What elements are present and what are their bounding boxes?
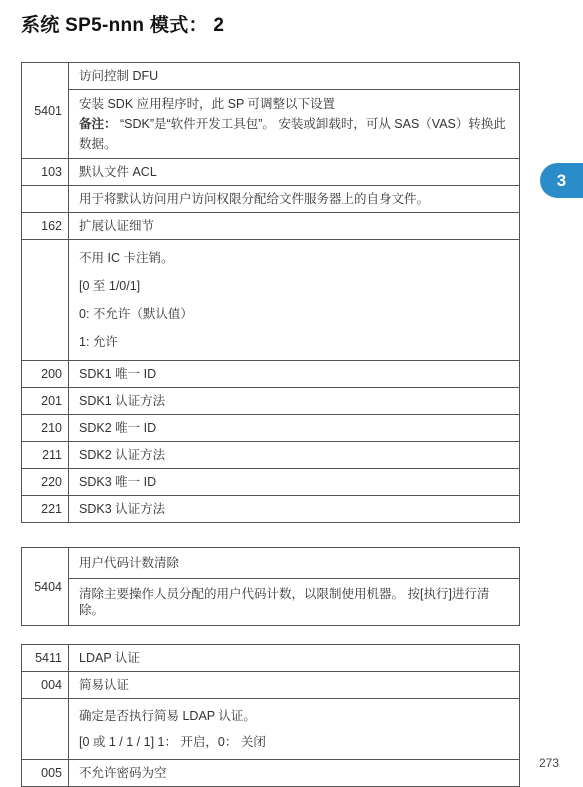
sp-code-cell: 103 [22,159,69,186]
desc-line: [0 至 1/0/1] [79,272,509,300]
sp-name-cell: 用户代码计数清除 [69,548,520,579]
section-tab-label: 3 [557,171,566,191]
table-row: 221 SDK3 认证方法 [22,496,520,523]
sp5401-table: 5401 访问控制 DFU 安装 SDK 应用程序时，此 SP 可调整以下设置 … [21,62,520,523]
sp-mode-tables: 5401 访问控制 DFU 安装 SDK 应用程序时，此 SP 可调整以下设置 … [21,62,520,787]
table-row: 103 默认文件 ACL [22,159,520,186]
sp-code-cell: 005 [22,760,69,787]
sp-desc-cell: 不用 IC 卡注销。 [0 至 1/0/1] 0: 不允许（默认值） 1: 允许 [69,240,520,361]
note-text: “SDK”是“软件开发工具包”。 安装或卸载时，可从 SAS（VAS）转换此数据… [79,117,506,151]
desc-line: 确定是否执行简易 LDAP 认证。 [79,703,509,729]
desc-line: 安装 SDK 应用程序时，此 SP 可调整以下设置 [79,94,509,114]
sp-code-cell: 162 [22,213,69,240]
table-row: 210 SDK2 唯一 ID [22,415,520,442]
sp-name-cell: 访问控制 DFU [69,63,520,90]
sp-name-cell: 不允许密码为空 [69,760,520,787]
page-number: 273 [539,756,559,770]
sp-code-cell [22,186,69,213]
table-gap [21,626,520,644]
desc-line: [0 或 1 / 1 / 1] 1： 开启，0： 关闭 [79,729,509,755]
sp-name-cell: SDK3 认证方法 [69,496,520,523]
page-title: 系统 SP5-nnn 模式： 2 [21,10,224,37]
sp-code-cell: 200 [22,361,69,388]
sp-code-cell: 211 [22,442,69,469]
sp-desc-cell: 清除主要操作人员分配的用户代码计数，以限制使用机器。 按[执行]进行清除。 [69,579,520,626]
sp-code-cell: 5404 [22,548,69,626]
table-row: 清除主要操作人员分配的用户代码计数，以限制使用机器。 按[执行]进行清除。 [22,579,520,626]
desc-note-line: 备注： “SDK”是“软件开发工具包”。 安装或卸载时，可从 SAS（VAS）转… [79,114,509,154]
sp-code-cell [22,240,69,361]
table-row: 162 扩展认证细节 [22,213,520,240]
sp-code-cell: 201 [22,388,69,415]
table-row: 安装 SDK 应用程序时，此 SP 可调整以下设置 备注： “SDK”是“软件开… [22,90,520,159]
table-row: 201 SDK1 认证方法 [22,388,520,415]
sp5411-table: 5411 LDAP 认证 004 简易认证 确定是否执行简易 LDAP 认证。 … [21,644,520,787]
sp-name-cell: SDK1 唯一 ID [69,361,520,388]
sp-name-cell: 简易认证 [69,672,520,699]
table-row: 005 不允许密码为空 [22,760,520,787]
sp-name-cell: SDK2 唯一 ID [69,415,520,442]
sp-name-cell: LDAP 认证 [69,645,520,672]
note-label: 备注： [79,117,117,131]
section-tab-3: 3 [540,163,583,198]
table-row: 004 简易认证 [22,672,520,699]
table-row: 确定是否执行简易 LDAP 认证。 [0 或 1 / 1 / 1] 1： 开启，… [22,699,520,760]
table-row: 5404 用户代码计数清除 [22,548,520,579]
sp5404-table: 5404 用户代码计数清除 清除主要操作人员分配的用户代码计数，以限制使用机器。… [21,547,520,626]
sp-name-cell: SDK3 唯一 ID [69,469,520,496]
sp-code-cell: 5401 [22,63,69,159]
table-row: 5401 访问控制 DFU [22,63,520,90]
sp-code-cell: 221 [22,496,69,523]
table-row: 用于将默认访问用户访问权限分配给文件服务器上的自身文件。 [22,186,520,213]
sp-code-cell: 004 [22,672,69,699]
table-row: 220 SDK3 唯一 ID [22,469,520,496]
sp-name-cell: SDK1 认证方法 [69,388,520,415]
sp-name-cell: 扩展认证细节 [69,213,520,240]
sp-desc-cell: 确定是否执行简易 LDAP 认证。 [0 或 1 / 1 / 1] 1： 开启，… [69,699,520,760]
table-row: 211 SDK2 认证方法 [22,442,520,469]
sp-code-cell: 5411 [22,645,69,672]
desc-line: 0: 不允许（默认值） [79,300,509,328]
sp-code-cell [22,699,69,760]
table-gap [21,523,520,547]
table-row: 200 SDK1 唯一 ID [22,361,520,388]
sp-desc-cell: 用于将默认访问用户访问权限分配给文件服务器上的自身文件。 [69,186,520,213]
desc-line: 不用 IC 卡注销。 [79,244,509,272]
sp-name-cell: 默认文件 ACL [69,159,520,186]
table-row: 不用 IC 卡注销。 [0 至 1/0/1] 0: 不允许（默认值） 1: 允许 [22,240,520,361]
desc-line: 1: 允许 [79,328,509,356]
sp-name-cell: SDK2 认证方法 [69,442,520,469]
sp-code-cell: 210 [22,415,69,442]
sp-desc-cell: 安装 SDK 应用程序时，此 SP 可调整以下设置 备注： “SDK”是“软件开… [69,90,520,159]
table-row: 5411 LDAP 认证 [22,645,520,672]
sp-code-cell: 220 [22,469,69,496]
